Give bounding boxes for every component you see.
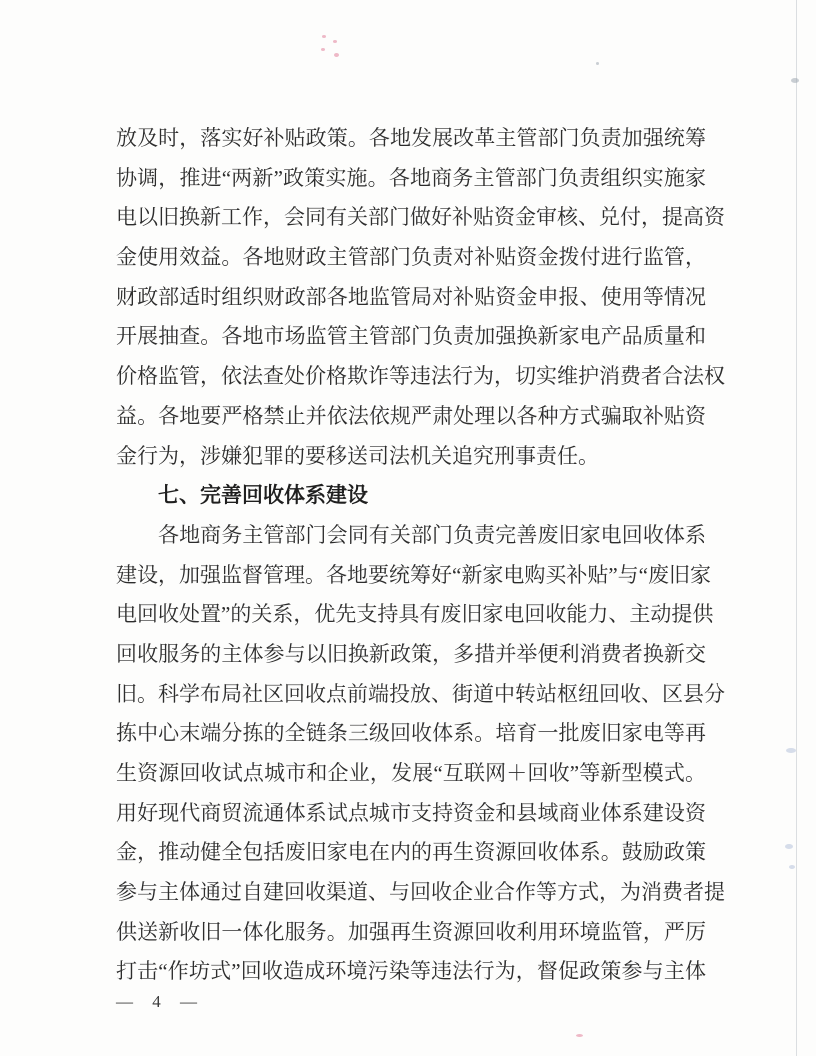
para-recycling-system-line: 参与主体通过自建回收渠道、与回收企业合作等方式，为消费者提 [116,873,706,913]
scan-speck [334,53,339,57]
para-recycling-system-line: 建设，加强监督管理。各地要统筹好“新家电购买补贴”与“废旧家 [116,556,706,596]
scan-edge-line [796,0,797,1056]
para-subsidy-supervision-line: 电以旧换新工作，会同有关部门做好补贴资金审核、兑付，提高资 [116,198,706,238]
para-recycling-system-line: 生资源回收试点城市和企业，发展“互联网＋回收”等新型模式。 [116,754,706,794]
para-subsidy-supervision-line: 金行为，涉嫌犯罪的要移送司法机关追究刑事责任。 [116,437,706,477]
para-recycling-system-line: 旧。科学布局社区回收点前端投放、街道中转站枢纽回收、区县分 [116,675,706,715]
scan-smudge [785,844,793,849]
para-subsidy-supervision: 放及时，落实好补贴政策。各地发展改革主管部门负责加强统筹协调，推进“两新”政策实… [116,119,706,476]
para-recycling-system-line: 打击“作坊式”回收造成环境污染等违法行为，督促政策参与主体 [116,952,706,992]
para-subsidy-supervision-line: 益。各地要严格禁止并依法依规严肃处理以各种方式骗取补贴资 [116,397,706,437]
scan-smudge [791,78,799,83]
section-heading: 七、完善回收体系建设 [116,476,706,516]
scan-speck [576,1034,583,1037]
para-recycling-system-line: 金，推动健全包括废旧家电在内的再生资源回收体系。鼓励政策 [116,833,706,873]
para-recycling-system: 各地商务主管部门会同有关部门负责完善废旧家电回收体系建设，加强监督管理。各地要统… [116,516,706,992]
para-recycling-system-line: 电回收处置”的关系，优先支持具有废旧家电回收能力、主动提供 [116,595,706,635]
para-subsidy-supervision-line: 协调，推进“两新”政策实施。各地商务主管部门负责组织实施家 [116,159,706,199]
page-number: — 4 — [116,992,201,1012]
para-subsidy-supervision-line: 财政部适时组织财政部各地监管局对补贴资金申报、使用等情况 [116,278,706,318]
para-subsidy-supervision-line: 价格监管，依法查处价格欺诈等违法行为，切实维护消费者合法权 [116,357,706,397]
scan-smudge [786,748,796,753]
para-recycling-system-line: 回收服务的主体参与以旧换新政策，多措并举便利消费者换新交 [116,635,706,675]
scan-speck [321,48,325,51]
scan-speck [322,35,326,38]
scan-speck [596,62,599,65]
para-subsidy-supervision-line: 开展抽查。各地市场监管主管部门负责加强换新家电产品质量和 [116,317,706,357]
scan-smudge [789,865,795,869]
para-subsidy-supervision-line: 金使用效益。各地财政主管部门负责对补贴资金拨付进行监管， [116,238,706,278]
scan-speck [333,40,337,43]
section-heading-text: 七、完善回收体系建设 [116,476,706,516]
para-recycling-system-line: 各地商务主管部门会同有关部门负责完善废旧家电回收体系 [116,516,706,556]
scanned-document-page: 放及时，落实好补贴政策。各地发展改革主管部门负责加强统筹协调，推进“两新”政策实… [0,0,816,1056]
document-text: 放及时，落实好补贴政策。各地发展改革主管部门负责加强统筹协调，推进“两新”政策实… [116,119,706,992]
para-recycling-system-line: 拣中心末端分拣的全链条三级回收体系。培育一批废旧家电等再 [116,714,706,754]
para-subsidy-supervision-line: 放及时，落实好补贴政策。各地发展改革主管部门负责加强统筹 [116,119,706,159]
para-recycling-system-line: 用好现代商贸流通体系试点城市支持资金和县域商业体系建设资 [116,794,706,834]
para-recycling-system-line: 供送新收旧一体化服务。加强再生资源回收利用环境监管，严厉 [116,913,706,953]
